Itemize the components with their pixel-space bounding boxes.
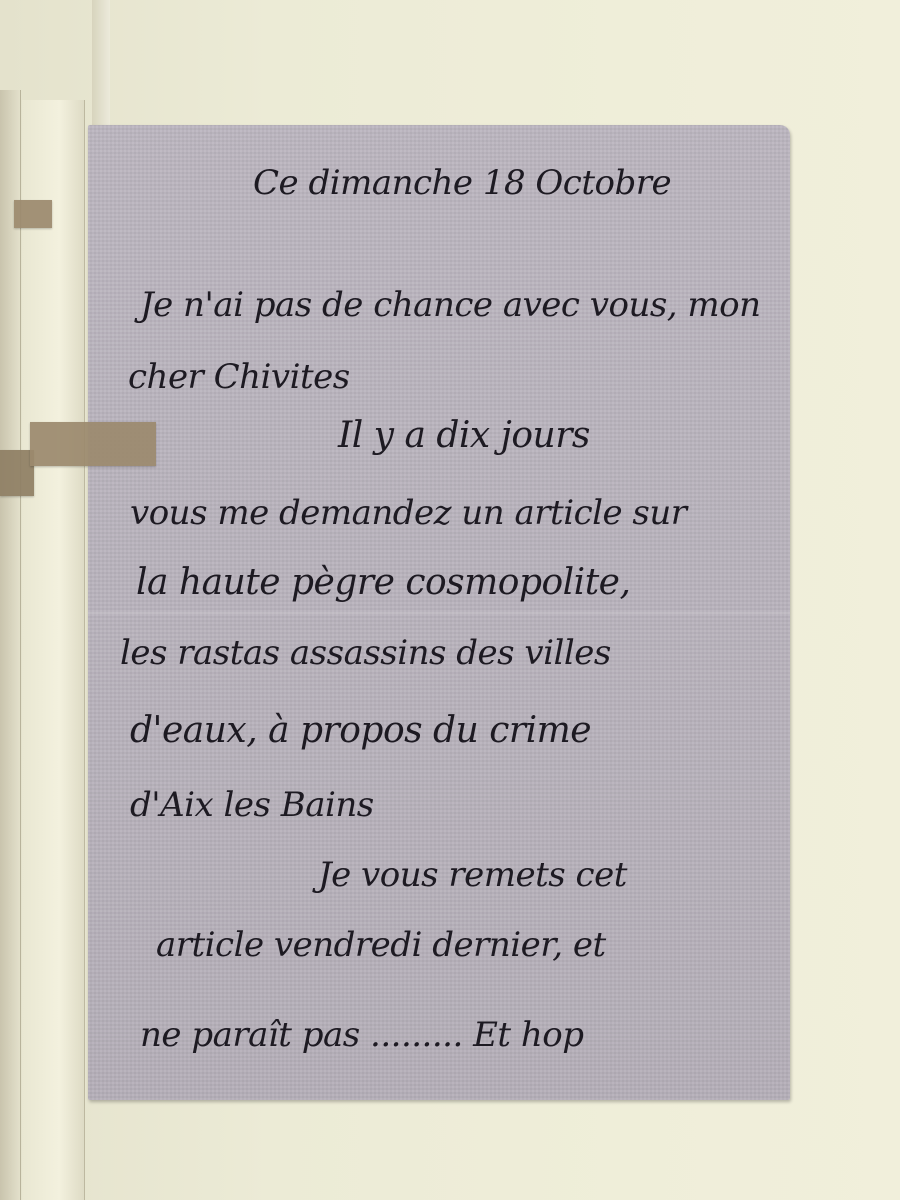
- fold-line: [88, 612, 790, 614]
- binder-fold: [92, 0, 110, 130]
- letter-line-7: d'eaux, à propos du crime: [130, 710, 591, 751]
- date-line: Ce dimanche 18 Octobre: [253, 163, 671, 203]
- letter-line-4: vous me demandez un article sur: [130, 493, 687, 533]
- letter-line-1: Je n'ai pas de chance avec vous, mon: [140, 285, 761, 325]
- letter-line-8: d'Aix les Bains: [130, 785, 374, 825]
- letter-line-2: cher Chivites: [128, 357, 350, 397]
- letter-page: Ce dimanche 18 Octobre Je n'ai pas de ch…: [88, 125, 790, 1100]
- letter-line-9: Je vous remets cet: [318, 855, 627, 895]
- binder-page: [22, 100, 85, 1200]
- letter-line-3: Il y a dix jours: [338, 415, 590, 456]
- letter-line-10: article vendredi dernier, et: [156, 925, 606, 965]
- tape-strip-middle: [30, 422, 156, 466]
- letter-line-6: les rastas assassins des villes: [120, 633, 611, 673]
- letter-line-5: la haute pègre cosmopolite,: [136, 562, 630, 603]
- binder-strip: [0, 90, 21, 1200]
- letter-line-11: ne paraît pas ......... Et hop: [140, 1015, 584, 1055]
- tape-strip-left: [0, 450, 34, 496]
- tape-strip-top: [14, 200, 52, 228]
